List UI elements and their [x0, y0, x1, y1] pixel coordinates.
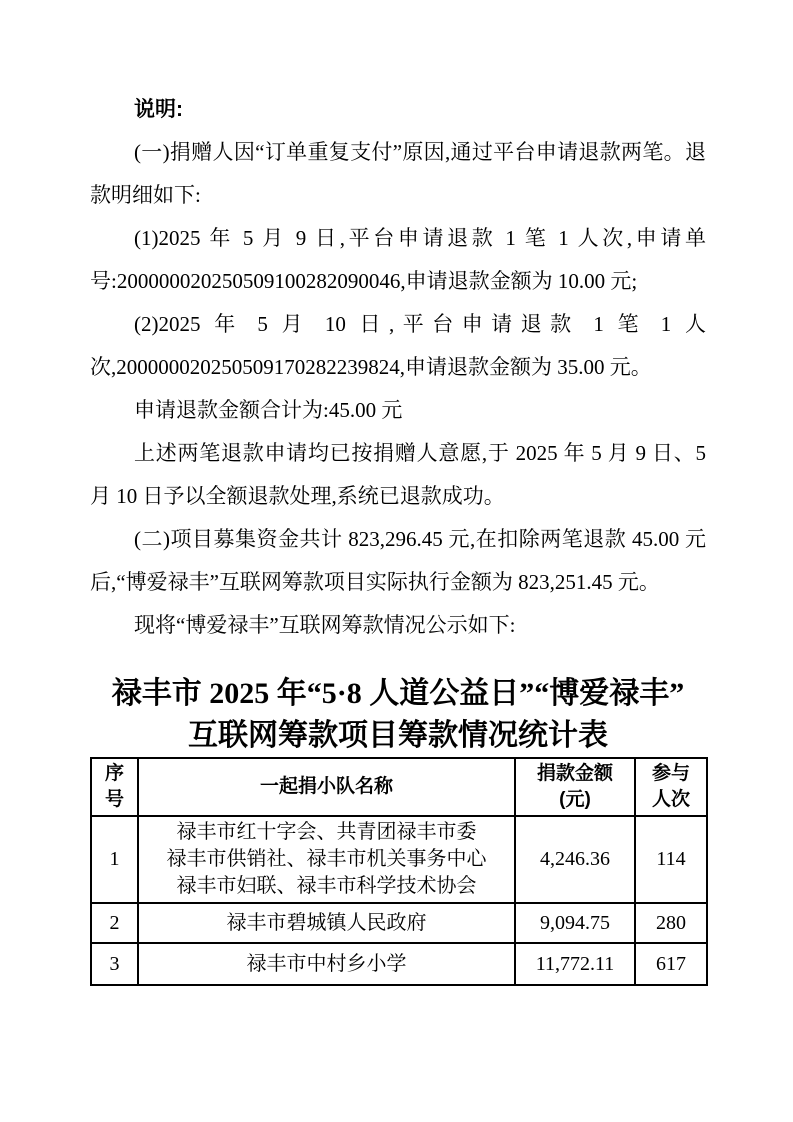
table-title-line-1: 禄丰市 2025 年“5·8 人道公益日”“博爱禄丰”: [90, 673, 706, 715]
table-row: 2 禄丰市碧城镇人民政府 9,094.75 280: [91, 903, 707, 943]
cell-participants: 114: [635, 816, 707, 903]
paragraph-refund-processed: 上述两笔退款申请均已按捐赠人意愿,于 2025 年 5 月 9 日、5 月 10…: [90, 432, 706, 518]
cell-donation-amount: 9,094.75: [515, 903, 635, 943]
cell-participants: 617: [635, 943, 707, 985]
paragraph-fund-summary: (二)项目募集资金共计 823,296.45 元,在扣除两笔退款 45.00 元…: [90, 518, 706, 604]
cell-team-name: 禄丰市碧城镇人民政府: [138, 903, 515, 943]
header-team-name: 一起捐小队名称: [138, 758, 515, 816]
cell-index: 1: [91, 816, 138, 903]
cell-index: 3: [91, 943, 138, 985]
paragraph-announcement: 现将“博爱禄丰”互联网筹款情况公示如下:: [90, 604, 706, 647]
header-participants: 参与 人次: [635, 758, 707, 816]
paragraph-refund-2: (2)2025 年 5 月 10 日,平台申请退款 1 笔 1 人次,20000…: [90, 303, 706, 389]
table-row: 3 禄丰市中村乡小学 11,772.11 617: [91, 943, 707, 985]
fundraising-stats-table: 序 号 一起捐小队名称 捐款金额 (元) 参与 人次 1 禄丰市红十字会、共青团…: [90, 757, 708, 986]
table-title-line-2: 互联网筹款项目筹款情况统计表: [90, 715, 706, 757]
table-row: 1 禄丰市红十字会、共青团禄丰市委 禄丰市供销社、禄丰市机关事务中心 禄丰市妇联…: [91, 816, 707, 903]
cell-index: 2: [91, 903, 138, 943]
cell-participants: 280: [635, 903, 707, 943]
paragraph-refund-1: (1)2025 年 5 月 9 日,平台申请退款 1 笔 1 人次,申请单号:2…: [90, 217, 706, 303]
table-header-row: 序 号 一起捐小队名称 捐款金额 (元) 参与 人次: [91, 758, 707, 816]
paragraph-refund-total: 申请退款金额合计为:45.00 元: [90, 389, 706, 432]
header-donation-amount: 捐款金额 (元): [515, 758, 635, 816]
paragraph-refund-intro: (一)捐赠人因“订单重复支付”原因,通过平台申请退款两笔。退款明细如下:: [90, 131, 706, 217]
cell-donation-amount: 4,246.36: [515, 816, 635, 903]
table-title: 禄丰市 2025 年“5·8 人道公益日”“博爱禄丰” 互联网筹款项目筹款情况统…: [90, 673, 706, 757]
document-body: 说明: (一)捐赠人因“订单重复支付”原因,通过平台申请退款两笔。退款明细如下:…: [90, 88, 706, 647]
document-page: 说明: (一)捐赠人因“订单重复支付”原因,通过平台申请退款两笔。退款明细如下:…: [0, 0, 793, 1122]
section-heading: 说明:: [90, 88, 706, 131]
document-content: 说明: (一)捐赠人因“订单重复支付”原因,通过平台申请退款两笔。退款明细如下:…: [0, 0, 793, 986]
cell-team-name: 禄丰市红十字会、共青团禄丰市委 禄丰市供销社、禄丰市机关事务中心 禄丰市妇联、禄…: [138, 816, 515, 903]
header-index: 序 号: [91, 758, 138, 816]
cell-donation-amount: 11,772.11: [515, 943, 635, 985]
cell-team-name: 禄丰市中村乡小学: [138, 943, 515, 985]
